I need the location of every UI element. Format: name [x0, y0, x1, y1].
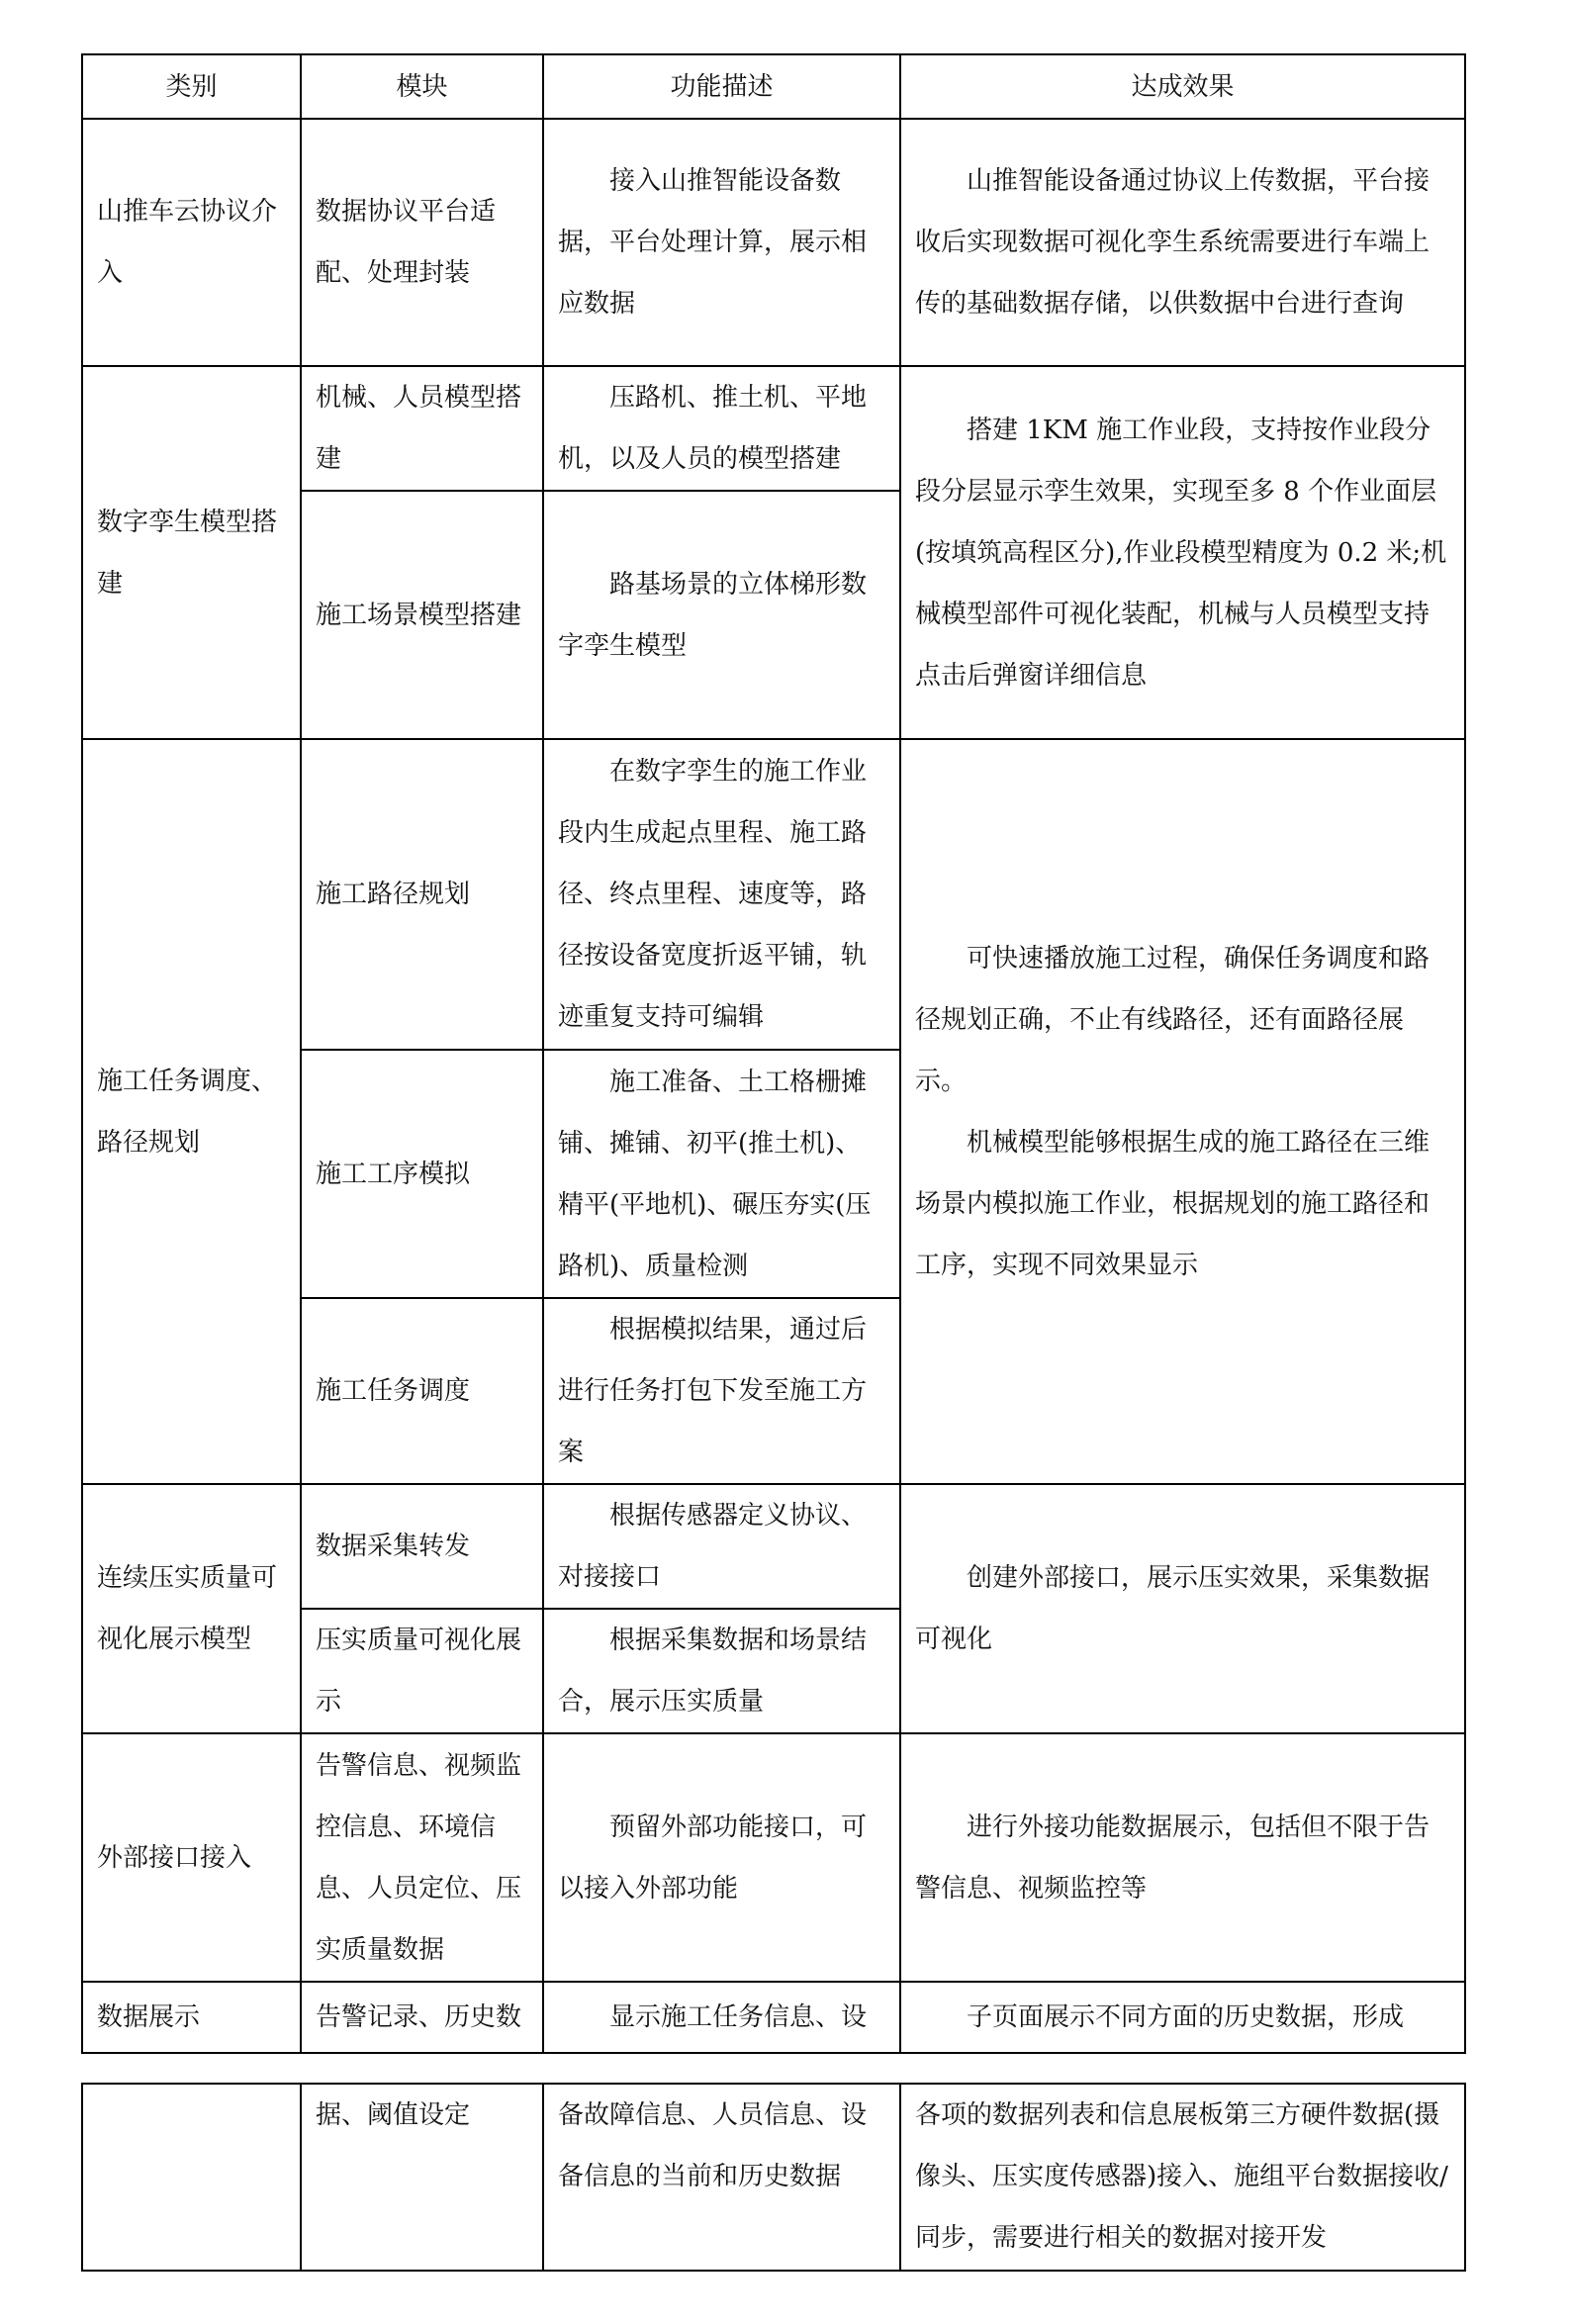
module-cell: 数据采集转发	[301, 1484, 543, 1609]
effect-cell: 各项的数据列表和信息展板第三方硬件数据(摄像头、压实度传感器)接入、施组平台数据…	[900, 2084, 1465, 2271]
module-cell: 施工任务调度	[301, 1298, 543, 1484]
header-effect: 达成效果	[900, 54, 1465, 119]
continuation-table: 据、阈值设定 备故障信息、人员信息、设备信息的当前和历史数据 各项的数据列表和信…	[81, 2083, 1466, 2272]
category-cell	[82, 2084, 301, 2271]
module-cell: 施工场景模型搭建	[301, 491, 543, 739]
table-row: 据、阈值设定 备故障信息、人员信息、设备信息的当前和历史数据 各项的数据列表和信…	[82, 2084, 1465, 2271]
description-cell: 备故障信息、人员信息、设备信息的当前和历史数据	[543, 2084, 900, 2271]
effect-cell: 山推智能设备通过协议上传数据，平台接收后实现数据可视化孪生系统需要进行车端上传的…	[900, 119, 1465, 366]
table-row: 山推车云协议介入 数据协议平台适配、处理封装 接入山推智能设备数据，平台处理计算…	[82, 119, 1465, 366]
module-cell: 压实质量可视化展示	[301, 1609, 543, 1733]
module-cell: 施工工序模拟	[301, 1050, 543, 1298]
feature-table: 类别 模块 功能描述 达成效果 山推车云协议介入 数据协议平台适配、处理封装 接…	[81, 53, 1466, 2054]
description-cell: 压路机、推土机、平地机，以及人员的模型搭建	[543, 366, 900, 491]
description-cell: 根据模拟结果，通过后进行任务打包下发至施工方案	[543, 1298, 900, 1484]
effect-cell: 子页面展示不同方面的历史数据，形成	[900, 1982, 1465, 2053]
table-row: 施工任务调度、路径规划 施工路径规划 在数字孪生的施工作业段内生成起点里程、施工…	[82, 739, 1465, 1050]
module-cell: 告警记录、历史数	[301, 1982, 543, 2053]
table-row: 外部接口接入 告警信息、视频监控信息、环境信息、人员定位、压实质量数据 预留外部…	[82, 1733, 1465, 1982]
category-cell: 外部接口接入	[82, 1733, 301, 1982]
description-cell: 路基场景的立体梯形数字孪生模型	[543, 491, 900, 739]
module-cell: 机械、人员模型搭建	[301, 366, 543, 491]
module-cell: 告警信息、视频监控信息、环境信息、人员定位、压实质量数据	[301, 1733, 543, 1982]
module-cell: 施工路径规划	[301, 739, 543, 1050]
description-cell: 根据传感器定义协议、对接接口	[543, 1484, 900, 1609]
description-cell: 预留外部功能接口，可以接入外部功能	[543, 1733, 900, 1982]
category-cell: 连续压实质量可视化展示模型	[82, 1484, 301, 1733]
category-cell: 山推车云协议介入	[82, 119, 301, 366]
description-cell: 显示施工任务信息、设	[543, 1982, 900, 2053]
table-row: 数字孪生模型搭建 机械、人员模型搭建 压路机、推土机、平地机，以及人员的模型搭建…	[82, 366, 1465, 491]
header-description: 功能描述	[543, 54, 900, 119]
table-row: 数据展示 告警记录、历史数 显示施工任务信息、设 子页面展示不同方面的历史数据，…	[82, 1982, 1465, 2053]
category-cell: 数据展示	[82, 1982, 301, 2053]
table-row: 连续压实质量可视化展示模型 数据采集转发 根据传感器定义协议、对接接口 创建外部…	[82, 1484, 1465, 1609]
header-module: 模块	[301, 54, 543, 119]
description-cell: 施工准备、土工格栅摊铺、摊铺、初平(推土机)、精平(平地机)、碾压夯实(压路机)…	[543, 1050, 900, 1298]
effect-cell: 进行外接功能数据展示，包括但不限于告警信息、视频监控等	[900, 1733, 1465, 1982]
description-cell: 根据采集数据和场景结合，展示压实质量	[543, 1609, 900, 1733]
effect-cell: 搭建 1KM 施工作业段，支持按作业段分段分层显示孪生效果，实现至多 8 个作业…	[900, 366, 1465, 739]
category-cell: 施工任务调度、路径规划	[82, 739, 301, 1484]
header-category: 类别	[82, 54, 301, 119]
category-cell: 数字孪生模型搭建	[82, 366, 301, 739]
description-cell: 在数字孪生的施工作业段内生成起点里程、施工路径、终点里程、速度等，路径按设备宽度…	[543, 739, 900, 1050]
effect-cell: 可快速播放施工过程，确保任务调度和路径规划正确，不止有线路径，还有面路径展示。 …	[900, 739, 1465, 1484]
module-cell: 据、阈值设定	[301, 2084, 543, 2271]
module-cell: 数据协议平台适配、处理封装	[301, 119, 543, 366]
table-header-row: 类别 模块 功能描述 达成效果	[82, 54, 1465, 119]
effect-cell: 创建外部接口，展示压实效果，采集数据可视化	[900, 1484, 1465, 1733]
description-cell: 接入山推智能设备数据，平台处理计算，展示相应数据	[543, 119, 900, 366]
